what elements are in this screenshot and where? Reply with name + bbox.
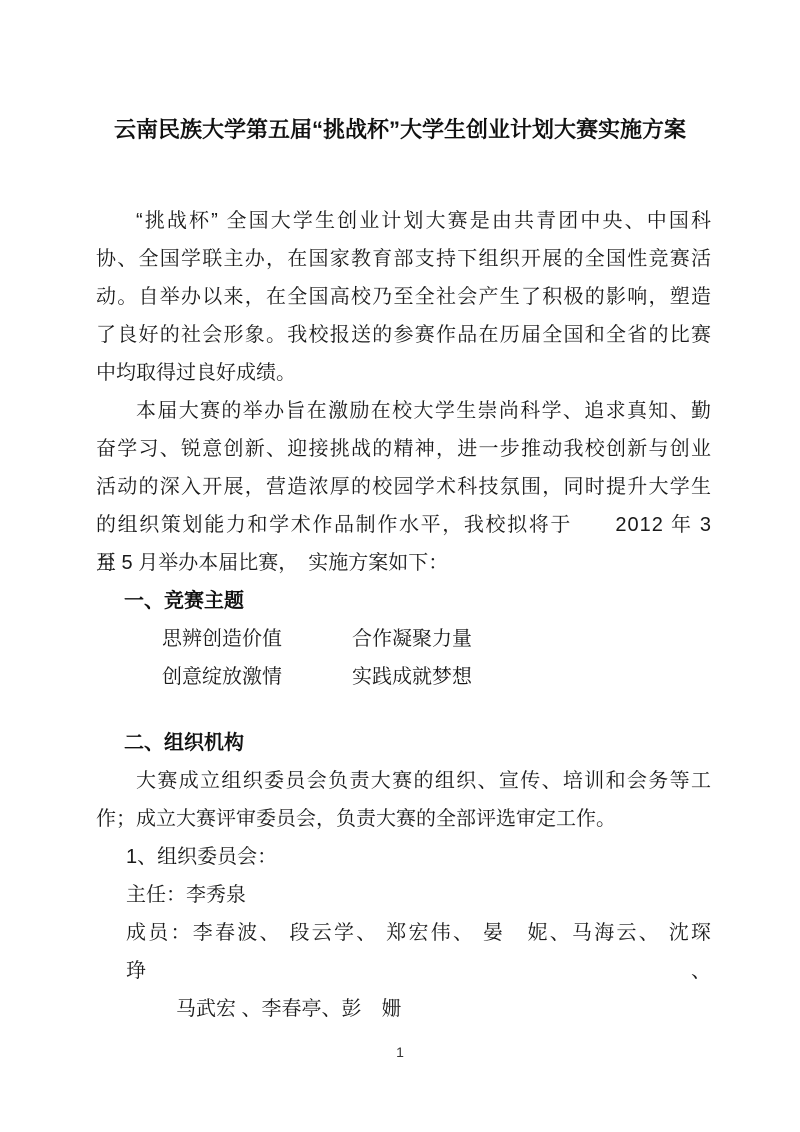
purpose-paragraph-line: 活动的深入开展，营造浓厚的校园学术科技氛围，同时提升大学生 bbox=[96, 468, 712, 506]
purpose-paragraph-line: 至 5 月举办本届比赛， 实施方案如下： bbox=[96, 544, 712, 582]
document-page: 云南民族大学第五届“挑战杯”大学生创业计划大赛实施方案 “挑战杯” 全国大学生创… bbox=[0, 0, 800, 1132]
committee-director: 主任：李秀泉 bbox=[96, 876, 712, 914]
document-body: “挑战杯” 全国大学生创业计划大赛是由共青团中央、中国科 协、全国学联主办，在国… bbox=[0, 202, 800, 1028]
page-number: 1 bbox=[0, 1042, 800, 1062]
section2-heading: 二、组织机构 bbox=[96, 724, 712, 762]
committee-members-line: 马武宏 、李春亭、彭 姗 bbox=[96, 990, 712, 1028]
section2-paragraph-line: 作；成立大赛评审委员会，负责大赛的全部评选审定工作。 bbox=[96, 800, 712, 838]
committee-label: 1、组织委员会： bbox=[96, 838, 712, 876]
intro-paragraph-line: 了良好的社会形象。我校报送的参赛作品在历届全国和全省的比赛 bbox=[96, 316, 712, 354]
intro-paragraph-line: 协、全国学联主办，在国家教育部支持下组织开展的全国性竞赛活 bbox=[96, 240, 712, 278]
theme-item: 实践成就梦想 bbox=[352, 666, 472, 688]
spacer bbox=[96, 696, 712, 724]
document-title: 云南民族大学第五届“挑战杯”大学生创业计划大赛实施方案 bbox=[0, 0, 800, 152]
intro-paragraph-line: “挑战杯” 全国大学生创业计划大赛是由共青团中央、中国科 bbox=[96, 202, 712, 240]
theme-row: 创意绽放激情实践成就梦想 bbox=[96, 658, 712, 696]
purpose-paragraph-line: 奋学习、锐意创新、迎接挑战的精神，进一步推动我校创新与创业 bbox=[96, 430, 712, 468]
intro-paragraph-line: 中均取得过良好成绩。 bbox=[96, 354, 712, 392]
theme-row: 思辨创造价值合作凝聚力量 bbox=[96, 620, 712, 658]
theme-item: 合作凝聚力量 bbox=[352, 628, 472, 650]
theme-item: 创意绽放激情 bbox=[162, 658, 352, 696]
purpose-paragraph-line: 的组织策划能力和学术作品制作水平，我校拟将于 2012 年 3 月 bbox=[96, 506, 712, 544]
section2-paragraph-line: 大赛成立组织委员会负责大赛的组织、宣传、培训和会务等工 bbox=[96, 762, 712, 800]
section1-heading: 一、竞赛主题 bbox=[96, 582, 712, 620]
theme-item: 思辨创造价值 bbox=[162, 620, 352, 658]
intro-paragraph-line: 动。自举办以来，在全国高校乃至全社会产生了积极的影响，塑造 bbox=[96, 278, 712, 316]
committee-members-line: 成员：李春波、 段云学、 郑宏伟、 晏 妮、马海云、 沈琛琤、 bbox=[96, 914, 712, 952]
purpose-paragraph-line: 本届大赛的举办旨在激励在校大学生崇尚科学、追求真知、勤 bbox=[96, 392, 712, 430]
